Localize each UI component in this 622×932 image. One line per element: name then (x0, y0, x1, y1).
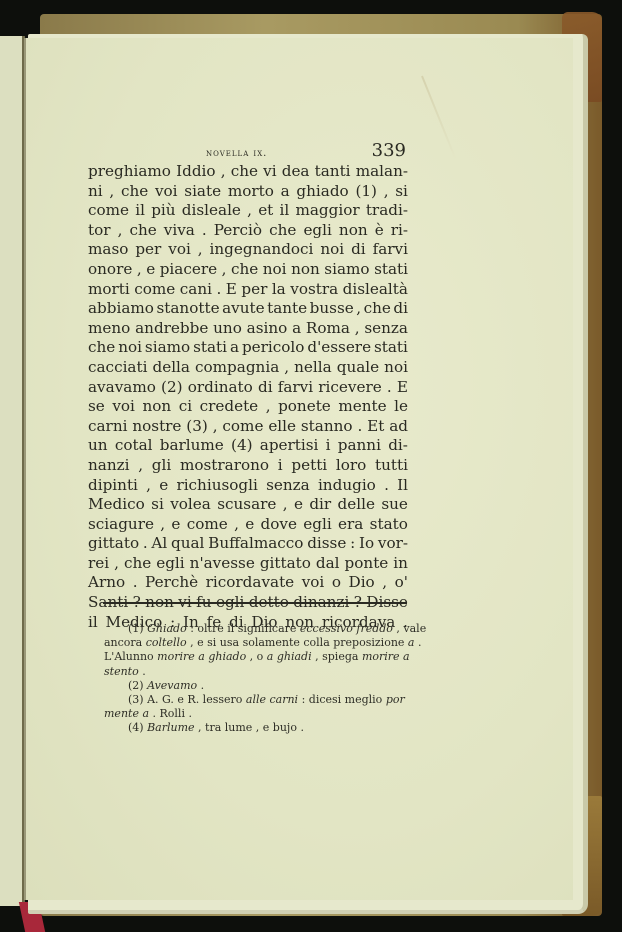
text-line: carninostre(3),comeellestanno.Etad (88, 417, 408, 437)
footnote-1-line-3: L'Alunno morire a ghiado , o a ghiadi , … (104, 650, 410, 664)
text-line: gittato.AlqualBuffalmaccodisse:Iovor- (88, 534, 408, 554)
text-line: morticomecani.Eperlavostradislealtà (88, 280, 408, 300)
text-line: menoandrebbeunoasinoaRoma,senza (88, 319, 408, 339)
footnotes: (1) Ghiado : oltre il significare eccess… (104, 622, 410, 736)
running-head: NOVELLA IX. 339 (88, 140, 408, 162)
running-title: NOVELLA IX. (206, 148, 267, 159)
text-line: cacciatidellacompagnia,nellaqualenoi (88, 358, 408, 378)
footnote-1-line-4: stento . (104, 665, 410, 679)
body-paragraph: preghiamoIddio,chevideatantimalan-ni,che… (88, 162, 408, 632)
footnote-3-line-1: (3) A. G. e R. lessero alle carni : dice… (104, 693, 410, 707)
text-line: nanzi,glimostraronoipettilorotutti (88, 456, 408, 476)
text-line: ni,chevoisiatemortoaghiado(1),si (88, 182, 408, 202)
text-line: dipinti,erichiusoglisenzaindugio.Il (88, 476, 408, 496)
footnote-1-line-2: ancora coltello , e si usa solamente col… (104, 636, 410, 650)
page-number: 339 (372, 140, 406, 161)
text-line: tor,cheviva.Perciòcheeglinonèri- (88, 221, 408, 241)
page-crease (421, 76, 457, 160)
text-line: rei,cheeglin'avessegittatodalpontein (88, 554, 408, 574)
footnote-4: (4) Barlume , tra lume , e bujo . (104, 721, 410, 735)
text-line: sciagure,ecome,edoveeglierastato (88, 515, 408, 535)
footnote-1-line-1: (1) Ghiado : oltre il significare eccess… (104, 622, 410, 636)
text-line: onore,epiacere,chenoinonsiamostati (88, 260, 408, 280)
text-line: abbiamostanotteavutetantebusse,chedi (88, 299, 408, 319)
text-line: comeilpiùdisleale,etilmaggiortradi- (88, 201, 408, 221)
text-line: Medicosivoleascusare,edirdellesue (88, 495, 408, 515)
text-line: chenoisiamostatiapericolod'esserestati (88, 338, 408, 358)
text-line: avavamo(2)ordinatodifarviricevere.E (88, 378, 408, 398)
text-line: Arno.PerchèricordavatevoioDio,o' (88, 573, 408, 593)
left-page-edge (0, 36, 25, 906)
footnote-rule (103, 602, 407, 604)
text-line: masopervoi,ingegnandocinoidifarvi (88, 240, 408, 260)
text-line: sevoinoncicredete,ponetementele (88, 397, 408, 417)
text-line: uncotalbarlume(4)apertisiipannidi- (88, 436, 408, 456)
footnote-3-line-2: mente a . Rolli . (104, 707, 410, 721)
main-text: NOVELLA IX. 339 preghiamoIddio,chevideat… (88, 140, 408, 632)
text-line: preghiamoIddio,chevideatantimalan- (88, 162, 408, 182)
footnote-2: (2) Avevamo . (104, 679, 410, 693)
